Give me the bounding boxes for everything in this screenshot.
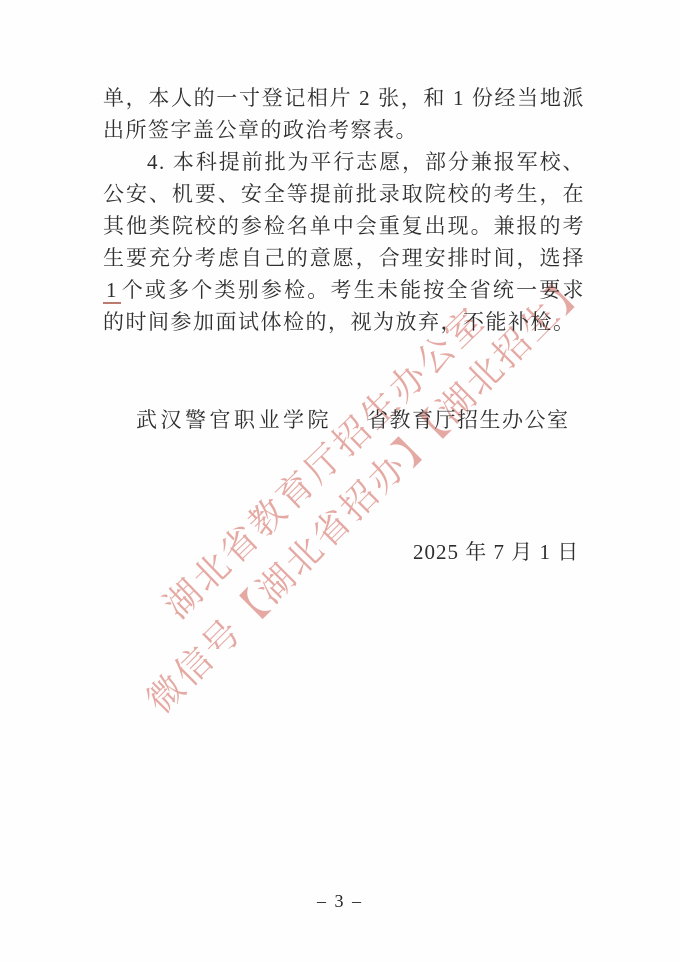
item4-underlined-number: 1: [103, 278, 121, 304]
signature-admissions-office: 省教育厅招生办公室: [367, 404, 570, 434]
item4-text-pre: 4. 本科提前批为平行志愿，部分兼报军校、公安、机要、安全等提前批录取院校的考生…: [103, 150, 585, 270]
document-date: 2025 年 7 月 1 日: [413, 536, 579, 566]
paragraph-item4: 4. 本科提前批为平行志愿，部分兼报军校、公安、机要、安全等提前批录取院校的考生…: [103, 146, 585, 338]
signature-school: 武汉警官职业学院: [136, 404, 332, 434]
body-text-block: 单，本人的一寸登记相片 2 张，和 1 份经当地派出所签字盖公章的政治考察表。 …: [103, 82, 585, 338]
watermark-line-1: 湖北省教育厅招生办公室: [151, 294, 495, 629]
item4-text-post: 个或多个类别参检。考生未能按全省统一要求的时间参加面试体检的，视为放弃，不能补检…: [103, 278, 585, 334]
document-page: 湖北省教育厅招生办公室 微信号【湖北省招办】【湖北招生】 单，本人的一寸登记相片…: [0, 0, 680, 962]
paragraph-continuation: 单，本人的一寸登记相片 2 张，和 1 份经当地派出所签字盖公章的政治考察表。: [103, 82, 585, 146]
page-number: – 3 –: [0, 891, 680, 912]
